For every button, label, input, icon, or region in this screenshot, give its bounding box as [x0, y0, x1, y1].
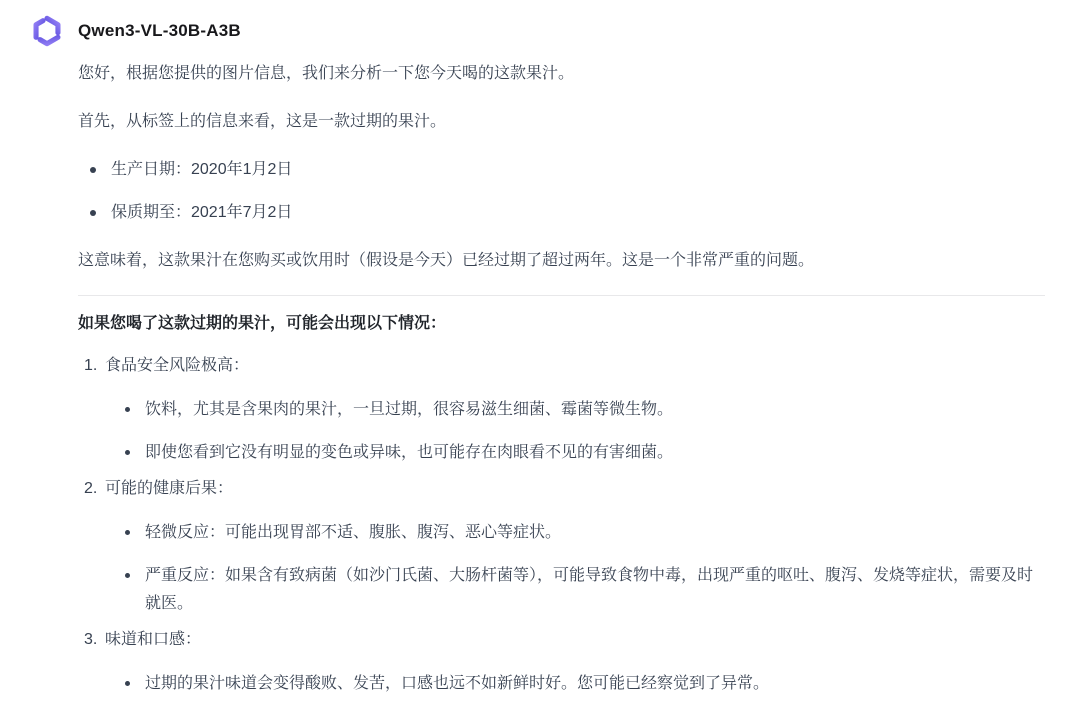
list-item-production-date: 生产日期：2020年1月2日	[78, 156, 1045, 184]
risk-sub-item: 过期的果汁味道会变得酸败、发苦，口感也远不如新鲜时好。您可能已经察觉到了异常。	[105, 670, 1045, 698]
risk-sub-item: 轻微反应：可能出现胃部不适、腹胀、腹泻、恶心等症状。	[105, 519, 1045, 547]
paragraph-intro: 您好，根据您提供的图片信息，我们来分析一下您今天喝的这款果汁。	[78, 60, 1045, 88]
risk-list: 食品安全风险极高： 饮料，尤其是含果肉的果汁，一旦过期，很容易滋生细菌、霉菌等微…	[78, 352, 1045, 698]
risk-sub-item: 即使您看到它没有明显的变色或异味，也可能存在肉眼看不见的有害细菌。	[105, 439, 1045, 467]
risk-sub-list: 饮料，尤其是含果肉的果汁，一旦过期，很容易滋生细菌、霉菌等微生物。 即使您看到它…	[105, 396, 1045, 467]
qwen-logo-icon	[30, 14, 64, 48]
risk-item-taste: 味道和口感： 过期的果汁味道会变得酸败、发苦，口感也远不如新鲜时好。您可能已经察…	[78, 626, 1045, 698]
paragraph-label-summary: 首先，从标签上的信息来看，这是一款过期的果汁。	[78, 108, 1045, 136]
message-body: 您好，根据您提供的图片信息，我们来分析一下您今天喝的这款果汁。 首先，从标签上的…	[78, 60, 1045, 698]
paragraph-expired-conclusion: 这意味着，这款果汁在您购买或饮用时（假设是今天）已经过期了超过两年。这是一个非常…	[78, 247, 1045, 275]
risk-sub-item: 饮料，尤其是含果肉的果汁，一旦过期，很容易滋生细菌、霉菌等微生物。	[105, 396, 1045, 424]
risk-item-food-safety: 食品安全风险极高： 饮料，尤其是含果肉的果汁，一旦过期，很容易滋生细菌、霉菌等微…	[78, 352, 1045, 467]
risk-item-title: 可能的健康后果：	[105, 480, 233, 497]
assistant-message: Qwen3-VL-30B-A3B 您好，根据您提供的图片信息，我们来分析一下您今…	[0, 0, 1080, 698]
model-name: Qwen3-VL-30B-A3B	[78, 21, 241, 41]
risk-item-title: 味道和口感：	[105, 631, 201, 648]
risk-sub-list: 轻微反应：可能出现胃部不适、腹胀、腹泻、恶心等症状。 严重反应：如果含有致病菌（…	[105, 519, 1045, 618]
risk-item-title: 食品安全风险极高：	[105, 357, 249, 374]
risk-item-health-consequences: 可能的健康后果： 轻微反应：可能出现胃部不适、腹胀、腹泻、恶心等症状。 严重反应…	[78, 475, 1045, 618]
risk-sub-item: 严重反应：如果含有致病菌（如沙门氏菌、大肠杆菌等），可能导致食物中毒，出现严重的…	[105, 562, 1045, 618]
list-item-expiry-date: 保质期至：2021年7月2日	[78, 199, 1045, 227]
section-divider	[78, 295, 1045, 296]
date-list: 生产日期：2020年1月2日 保质期至：2021年7月2日	[78, 156, 1045, 227]
message-header: Qwen3-VL-30B-A3B	[0, 0, 1080, 48]
risk-sub-list: 过期的果汁味道会变得酸败、发苦，口感也远不如新鲜时好。您可能已经察觉到了异常。	[105, 670, 1045, 698]
section-heading: 如果您喝了这款过期的果汁，可能会出现以下情况：	[78, 310, 1045, 338]
